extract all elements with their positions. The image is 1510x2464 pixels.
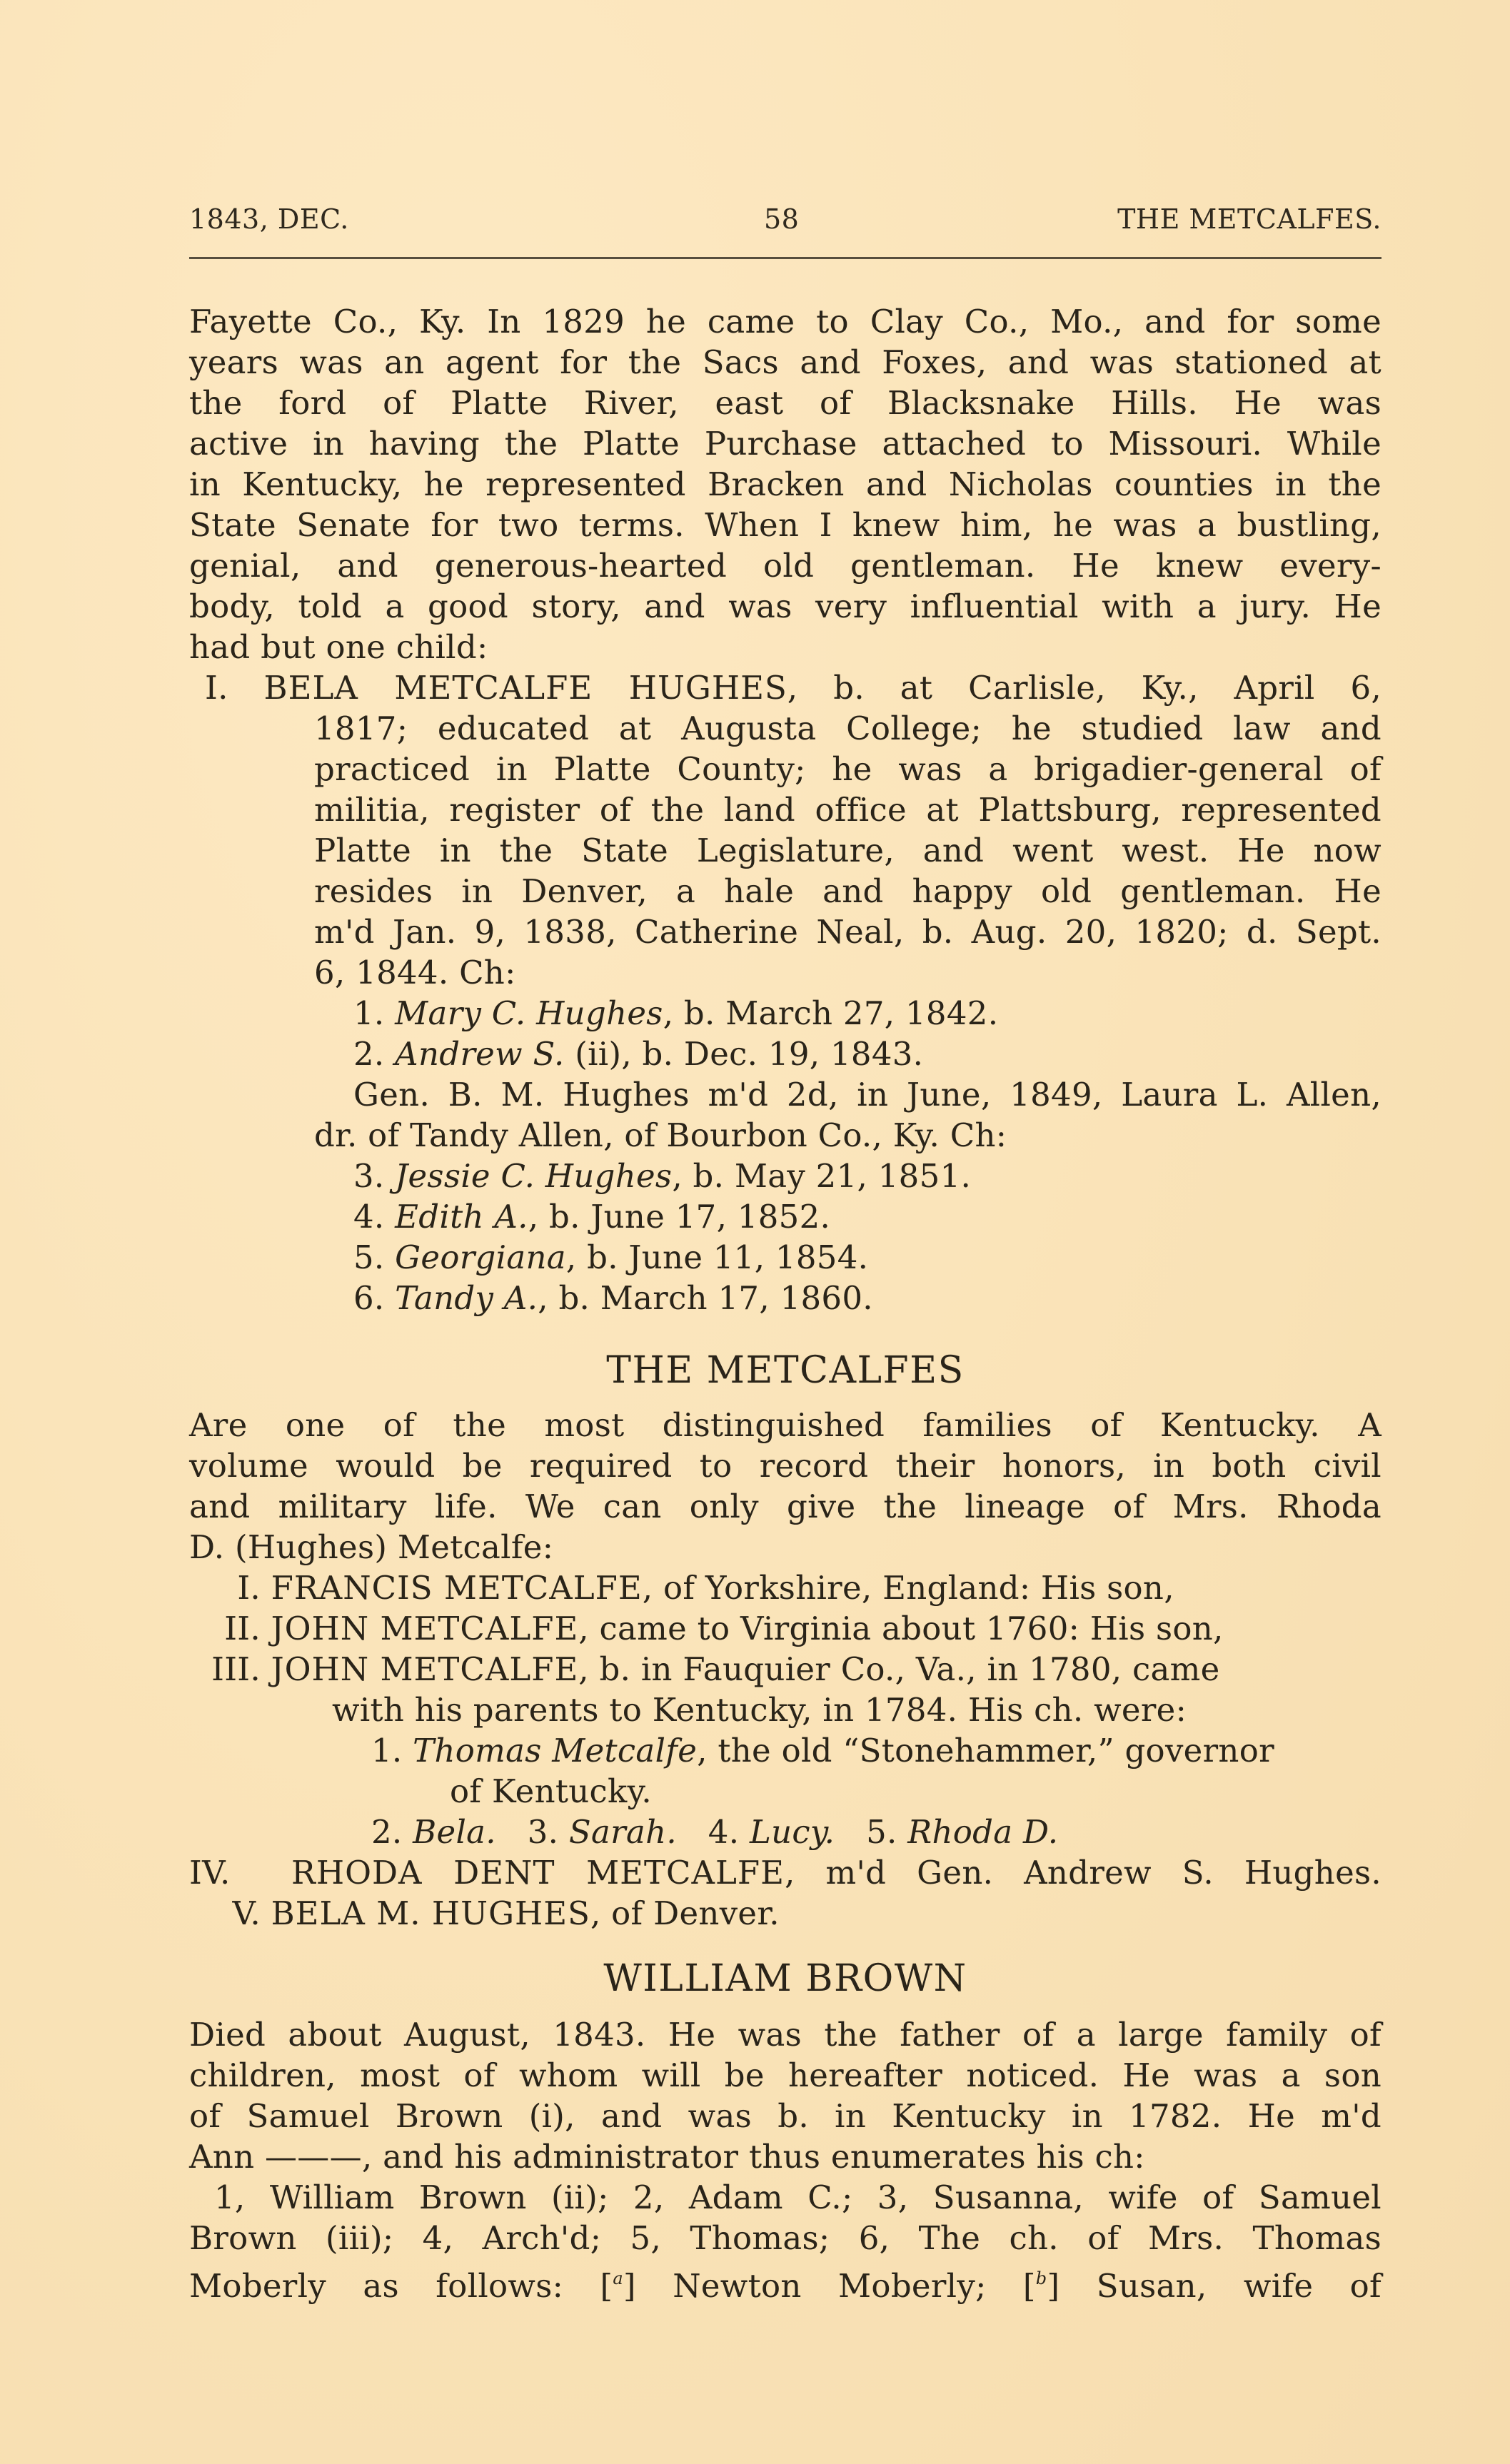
- text-line: years was an agent for the Sacs and Foxe…: [189, 342, 1381, 383]
- running-head: 1843, DEC. 58 THE METCALFES.: [189, 203, 1381, 239]
- child-number: 6.: [353, 1279, 385, 1317]
- lineage-entry: II. JOHN METCALFE, came to Virginia abou…: [189, 1608, 1224, 1649]
- child-name: Bela.: [413, 1813, 496, 1851]
- child-name: Andrew S.: [395, 1035, 564, 1073]
- person-name: JOHN METCALFE: [271, 1650, 579, 1688]
- text-line: 6, 1844. Ch:: [314, 952, 516, 993]
- text-line: practiced in Platte County; he was a bri…: [314, 749, 1381, 789]
- child-number: 1.: [353, 994, 385, 1032]
- entry-text: , b. in Fauquier Co., Va., in 1780, came: [578, 1650, 1219, 1688]
- child-name: Sarah.: [569, 1813, 677, 1851]
- text-line: genial, and generous-hearted old gentlem…: [189, 545, 1381, 586]
- child-details: , b. June 17, 1852.: [528, 1198, 830, 1236]
- text-fragment: Moberly as follows:: [189, 2267, 600, 2305]
- generation-numeral: II.: [189, 1608, 261, 1649]
- person-name: BELA M. HUGHES: [271, 1894, 590, 1932]
- child-entry: 3. Jessie C. Hughes, b. May 21, 1851.: [353, 1156, 971, 1196]
- text-line: Gen. B. M. Hughes m'd 2d, in June, 1849,…: [353, 1074, 1381, 1115]
- text-line: 1817; educated at Augusta College; he st…: [314, 708, 1381, 749]
- generation-numeral: I.: [189, 1567, 261, 1608]
- lineage-entry: V. BELA M. HUGHES, of Denver.: [189, 1893, 780, 1934]
- children-list: 2. Bela. 3. Sarah. 4. Lucy. 5. Rhoda D.: [371, 1812, 1058, 1852]
- child-number: 5.: [353, 1238, 385, 1276]
- header-rule: [189, 257, 1381, 259]
- text-line: children, most of whom will be hereafter…: [189, 2055, 1381, 2096]
- text-line: Are one of the most distinguished famili…: [189, 1405, 1381, 1445]
- child-entry: 5. Georgiana, b. June 11, 1854.: [353, 1237, 868, 1278]
- child-name: Jessie C. Hughes: [395, 1157, 672, 1195]
- person-name: FRANCIS METCALFE: [271, 1569, 643, 1607]
- text-line: 1, William Brown (ii); 2, Adam C.; 3, Su…: [214, 2177, 1381, 2218]
- text-line: dr. of Tandy Allen, of Bourbon Co., Ky. …: [314, 1115, 1007, 1156]
- running-head-date: 1843, DEC.: [189, 203, 349, 235]
- entry-first-line: I. BELA METCALFE HUGHES, b. at Carlisle,…: [205, 667, 1381, 708]
- child-entry: 1. Mary C. Hughes, b. March 27, 1842.: [353, 993, 998, 1034]
- text-line: m'd Jan. 9, 1838, Catherine Neal, b. Aug…: [314, 912, 1381, 952]
- child-details: , b. June 11, 1854.: [566, 1238, 868, 1276]
- footnote-marker: b: [1036, 2268, 1047, 2288]
- child-name: Rhoda D.: [907, 1813, 1058, 1851]
- child-details: , b. March 27, 1842.: [663, 994, 999, 1032]
- person-name: BELA METCALFE HUGHES: [264, 669, 787, 707]
- child-details: (ii), b. Dec. 19, 1843.: [565, 1035, 924, 1073]
- person-name: RHODA DENT METCALFE: [291, 1854, 785, 1892]
- text-line: body, told a good story, and was very in…: [189, 586, 1381, 627]
- child-entry: 2. Andrew S. (ii), b. Dec. 19, 1843.: [353, 1034, 923, 1074]
- child-details: , the old “Stonehammer,” governor: [697, 1732, 1274, 1769]
- generation-numeral: III.: [189, 1649, 261, 1690]
- text-line: Died about August, 1843. He was the fath…: [189, 2014, 1381, 2055]
- page-number: 58: [764, 203, 799, 235]
- entry-text: , b. at Carlisle, Ky., April 6,: [787, 669, 1381, 707]
- entry-text: , of Yorkshire, England: His son,: [643, 1569, 1174, 1607]
- text-line: Fayette Co., Ky. In 1829 he came to Clay…: [189, 301, 1381, 342]
- text-line: of Kentucky.: [450, 1771, 652, 1812]
- child-name: Edith A.: [395, 1198, 528, 1236]
- child-number: 3.: [528, 1813, 559, 1851]
- child-details: , b. May 21, 1851.: [672, 1157, 971, 1195]
- text-line: the ford of Platte River, east of Blacks…: [189, 383, 1381, 423]
- child-number: 2.: [353, 1035, 385, 1073]
- child-name: Lucy.: [750, 1813, 835, 1851]
- child-entry: 1. Thomas Metcalfe, the old “Stonehammer…: [371, 1730, 1274, 1771]
- text-line: volume would be required to record their…: [189, 1445, 1381, 1486]
- text-line: had but one child:: [189, 627, 488, 667]
- section-heading: THE METCALFES: [189, 1349, 1381, 1392]
- text-line: with his parents to Kentucky, in 1784. H…: [332, 1690, 1187, 1730]
- child-name: Mary C. Hughes: [395, 994, 663, 1032]
- generation-numeral: IV.: [189, 1852, 261, 1893]
- running-head-title: THE METCALFES.: [1117, 203, 1381, 235]
- text-line: Moberly as follows: [a] Newton Moberly; …: [189, 2258, 1381, 2306]
- text-line: D. (Hughes) Metcalfe:: [189, 1527, 553, 1567]
- text-line: State Senate for two terms. When I knew …: [189, 505, 1381, 545]
- child-number: 1.: [371, 1732, 403, 1769]
- text-line: Ann ———, and his administrator thus enum…: [189, 2136, 1145, 2177]
- text-line: of Samuel Brown (i), and was b. in Kentu…: [189, 2096, 1381, 2136]
- lineage-entry: III. JOHN METCALFE, b. in Fauquier Co., …: [189, 1649, 1381, 1690]
- entry-numeral: I.: [205, 669, 228, 707]
- child-name: Thomas Metcalfe: [413, 1732, 697, 1769]
- child-name: Tandy A.: [395, 1279, 538, 1317]
- text-line: in Kentucky, he represented Bracken and …: [189, 464, 1381, 505]
- child-entry: 4. Edith A., b. June 17, 1852.: [353, 1196, 830, 1237]
- text-line: and military life. We can only give the …: [189, 1486, 1381, 1527]
- text-line: militia, register of the land office at …: [314, 789, 1381, 830]
- generation-numeral: V.: [189, 1893, 261, 1934]
- text-fragment: Susan, wife of: [1059, 2267, 1381, 2305]
- footnote-marker: a: [613, 2268, 623, 2288]
- text-line: active in having the Platte Purchase att…: [189, 423, 1381, 464]
- child-details: , b. March 17, 1860.: [538, 1279, 873, 1317]
- child-name: Georgiana: [395, 1238, 566, 1276]
- text-line: Platte in the State Legislature, and wen…: [314, 830, 1381, 871]
- text-line: resides in Denver, a hale and happy old …: [314, 871, 1381, 912]
- lineage-entry: IV. RHODA DENT METCALFE, m'd Gen. Andrew…: [189, 1852, 1381, 1893]
- child-number: 5.: [866, 1813, 897, 1851]
- entry-text: , m'd Gen. Andrew S. Hughes.: [785, 1854, 1381, 1892]
- text-fragment: Newton Moberly;: [636, 2267, 1023, 2305]
- child-entry: 6. Tandy A., b. March 17, 1860.: [353, 1278, 873, 1318]
- person-name: JOHN METCALFE: [271, 1610, 579, 1647]
- child-number: 4.: [708, 1813, 740, 1851]
- child-number: 3.: [353, 1157, 385, 1195]
- text-line: Brown (iii); 4, Arch'd; 5, Thomas; 6, Th…: [189, 2218, 1381, 2258]
- entry-text: , of Denver.: [590, 1894, 780, 1932]
- section-heading: WILLIAM BROWN: [189, 1957, 1381, 2000]
- child-number: 2.: [371, 1813, 403, 1851]
- child-number: 4.: [353, 1198, 385, 1236]
- lineage-entry: I. FRANCIS METCALFE, of Yorkshire, Engla…: [189, 1567, 1174, 1608]
- entry-text: , came to Virginia about 1760: His son,: [578, 1610, 1223, 1647]
